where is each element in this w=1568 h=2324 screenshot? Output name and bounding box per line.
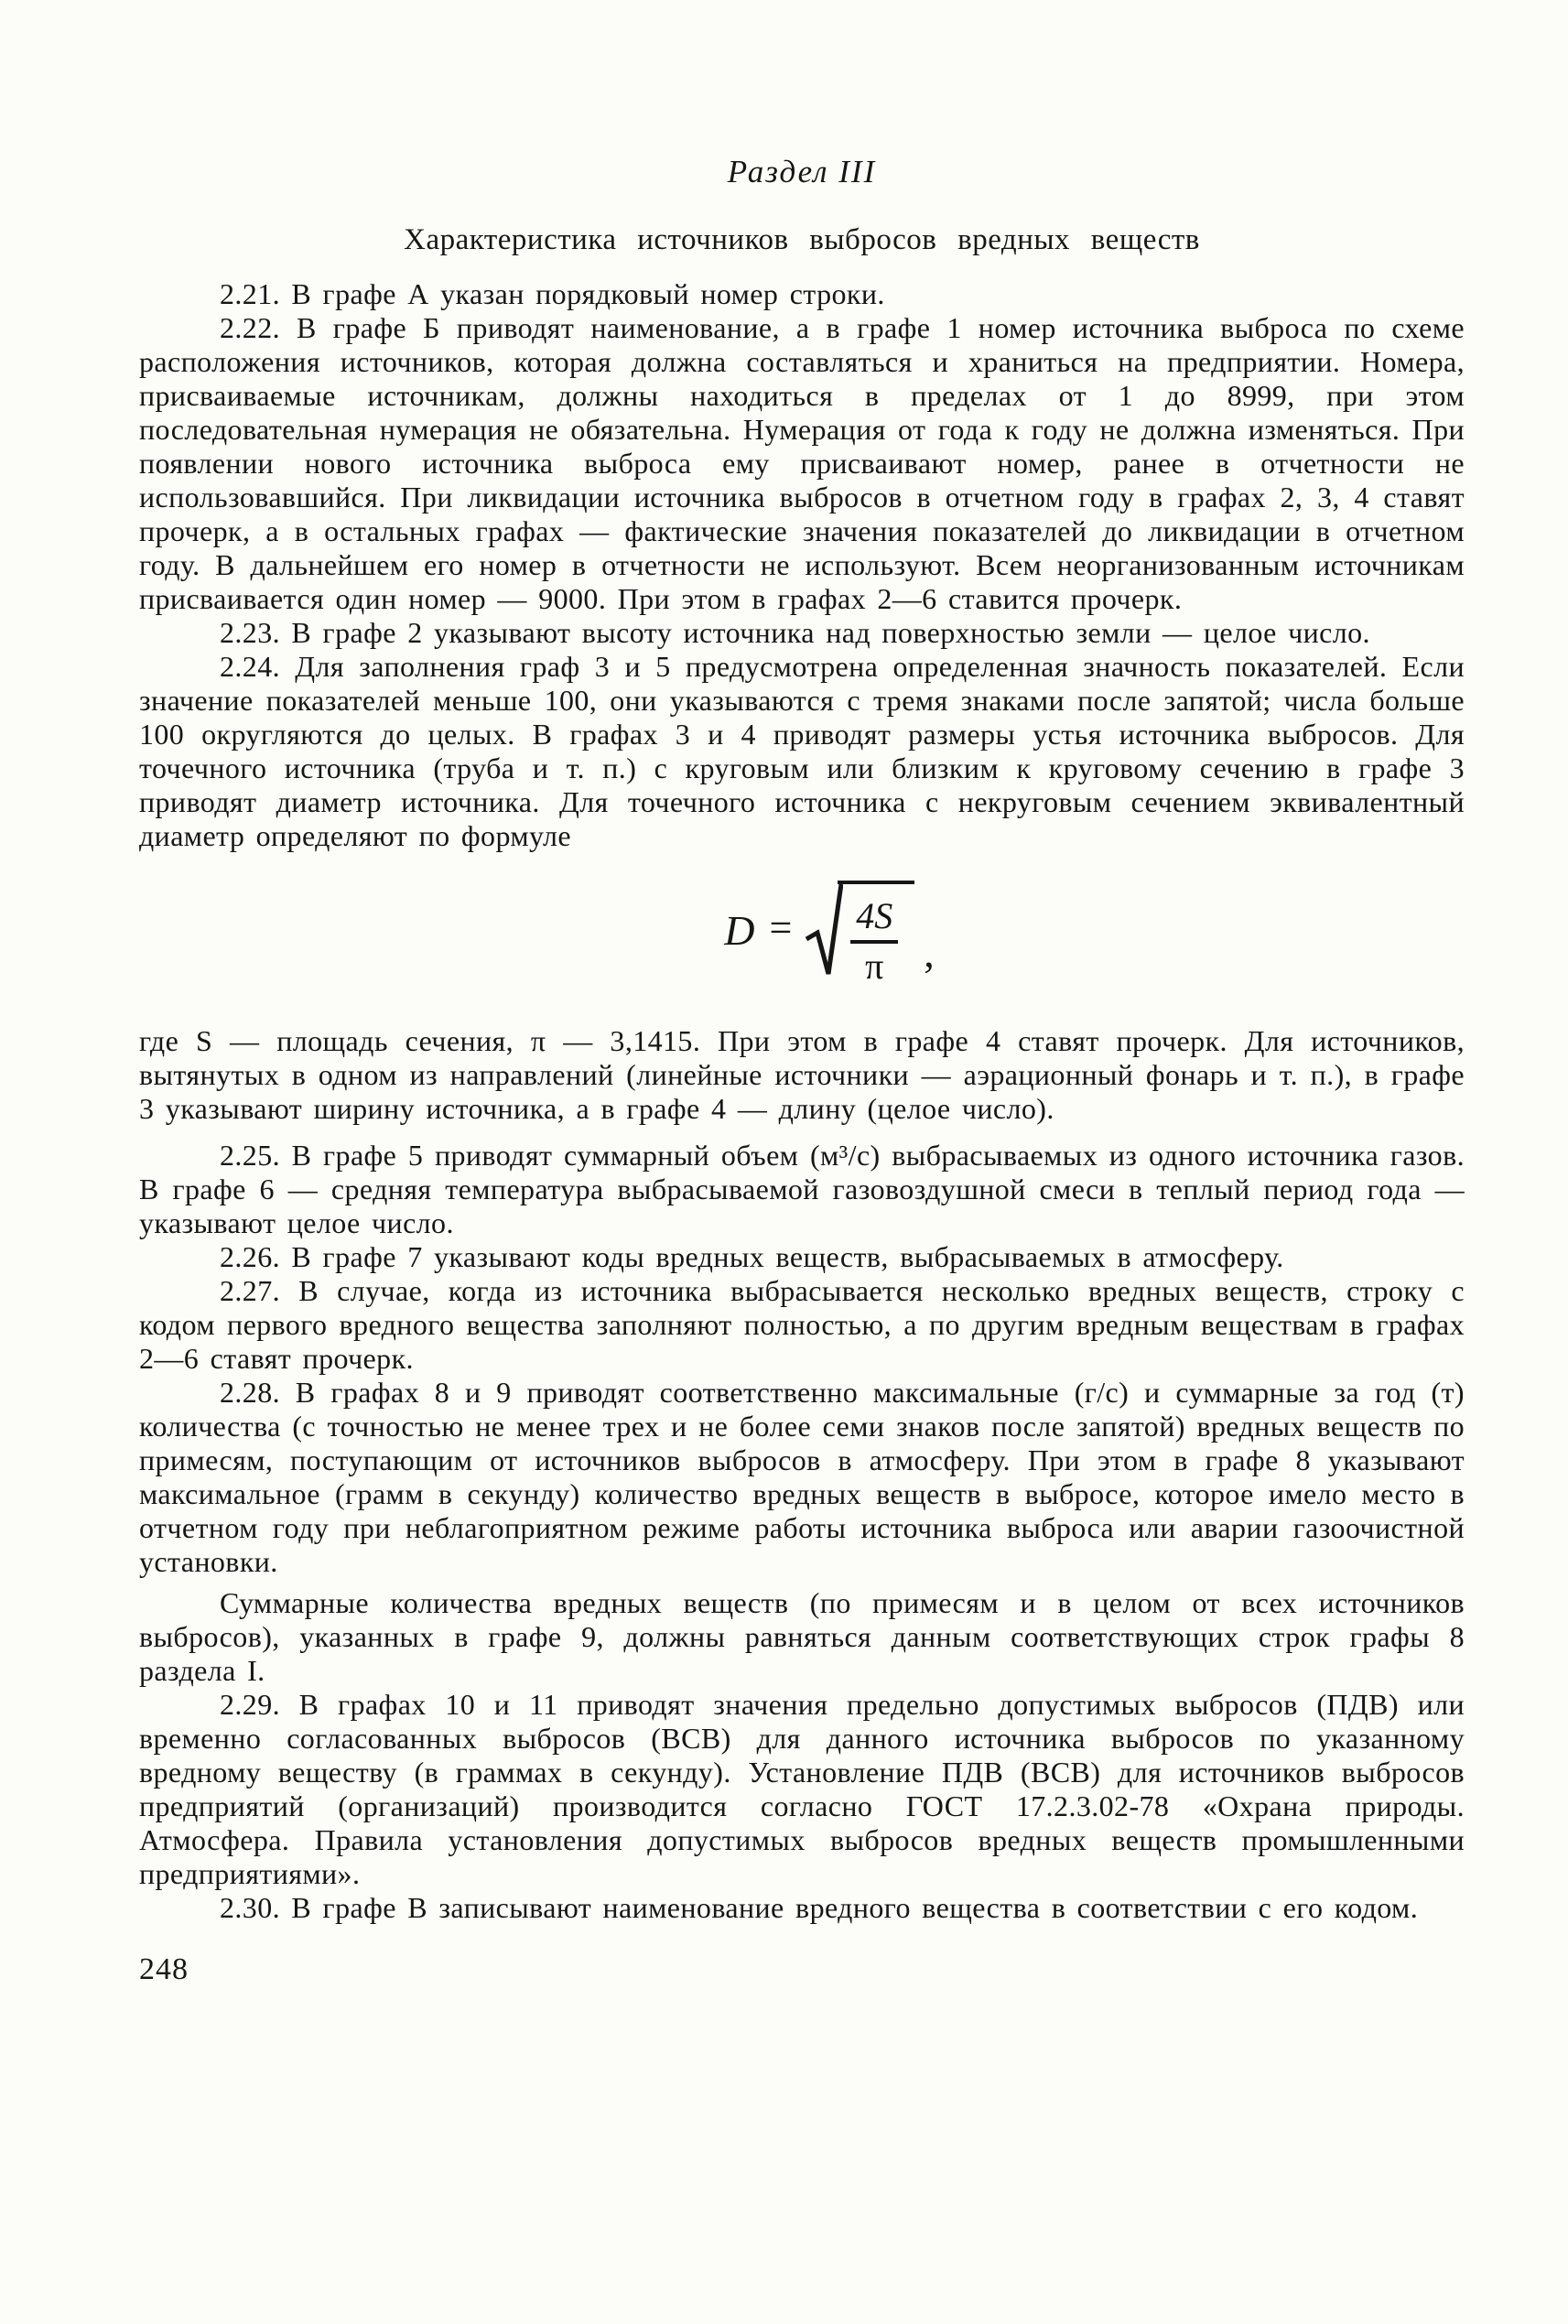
formula-trailing-comma: , — [924, 928, 935, 977]
page-number: 248 — [139, 1952, 1465, 1987]
formula-variable-d: D — [724, 906, 754, 955]
paragraph-2-24: 2.24. Для заполнения граф 3 и 5 предусмо… — [139, 650, 1465, 853]
paragraph-summary: Суммарные количества вредных веществ (по… — [139, 1586, 1465, 1688]
chapter-heading: Характеристика источников выбросов вредн… — [139, 223, 1465, 257]
fraction-bar — [850, 940, 898, 944]
formula-equivalent-diameter: D = 4S π , — [194, 881, 1465, 986]
paragraph-2-26: 2.26. В графе 7 указывают коды вредных в… — [139, 1240, 1465, 1274]
paragraph-2-30: 2.30. В графе В записывают наименование … — [139, 1891, 1465, 1925]
paragraph-2-27: 2.27. В случае, когда из источника выбра… — [139, 1274, 1465, 1376]
paragraph-2-28: 2.28. В графах 8 и 9 приводят соответств… — [139, 1376, 1465, 1579]
document-page: Раздел III Характеристика источников выб… — [0, 0, 1568, 2324]
radicand: 4S π — [838, 881, 914, 986]
paragraph-formula-note: где S — площадь сечения, π — 3,1415. При… — [139, 1024, 1465, 1126]
text-block: Раздел III Характеристика источников выб… — [139, 154, 1465, 1987]
paragraph-2-21: 2.21. В графе А указан порядковый номер … — [139, 277, 1465, 311]
section-title: Раздел III — [139, 154, 1465, 190]
paragraph-2-29: 2.29. В графах 10 и 11 приводят значения… — [139, 1688, 1465, 1891]
fraction: 4S π — [850, 897, 898, 986]
square-root: 4S π — [805, 881, 914, 986]
fraction-denominator: π — [860, 947, 889, 986]
paragraph-2-22: 2.22. В графе Б приводят наименование, а… — [139, 311, 1465, 616]
paragraph-2-23: 2.23. В графе 2 указывают высоту источни… — [139, 616, 1465, 650]
paragraph-2-25: 2.25. В графе 5 приводят суммарный объем… — [139, 1139, 1465, 1240]
fraction-numerator: 4S — [850, 897, 898, 935]
formula-equals-sign: = — [769, 904, 792, 951]
